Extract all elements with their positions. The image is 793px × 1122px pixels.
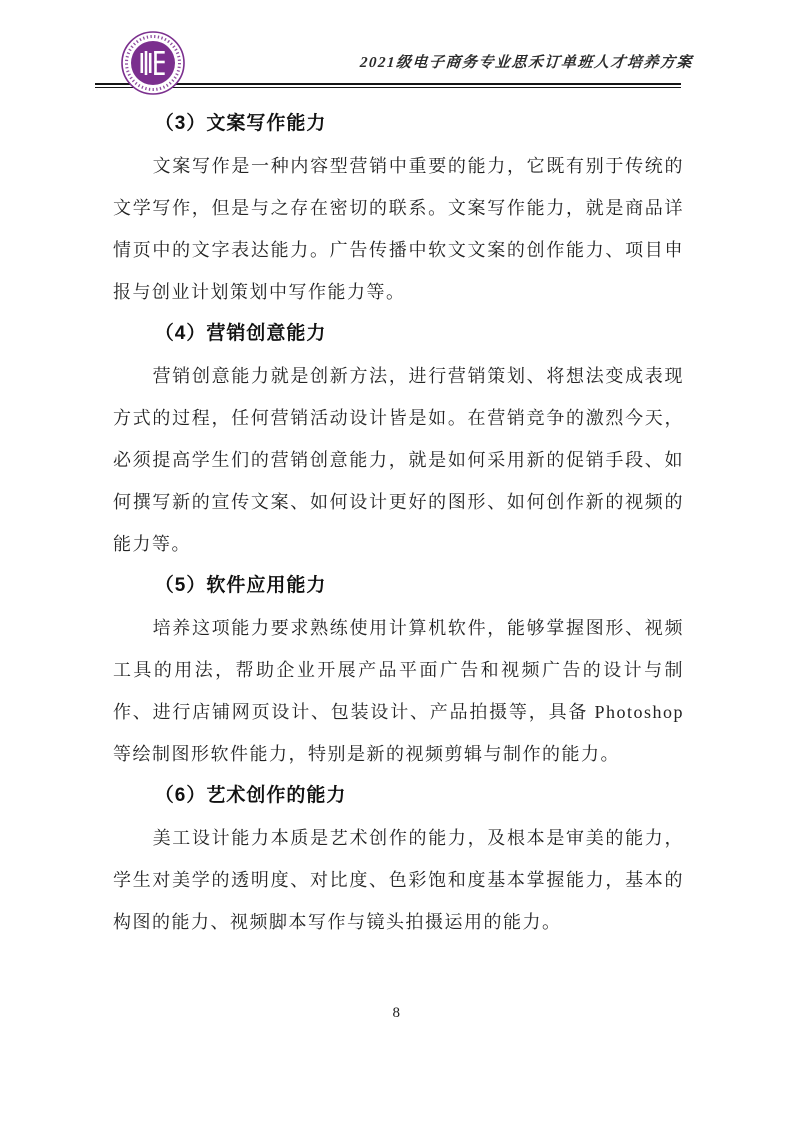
section-paragraph-6: 美工设计能力本质是艺术创作的能力，及根本是审美的能力，学生对美学的透明度、对比度… (113, 817, 684, 943)
college-seal-icon (120, 30, 186, 96)
section-heading-6: （6）艺术创作的能力 (113, 775, 684, 817)
header-title: 2021级电子商务专业思禾订单班人才培养方案 (359, 51, 693, 72)
section-heading-4: （4）营销创意能力 (113, 313, 684, 355)
section-paragraph-5: 培养这项能力要求熟练使用计算机软件，能够掌握图形、视频工具的用法，帮助企业开展产… (113, 607, 684, 775)
section-paragraph-4: 营销创意能力就是创新方法，进行营销策划、将想法变成表现方式的过程，任何营销活动设… (113, 355, 684, 565)
document-page: 2021级电子商务专业思禾订单班人才培养方案 （3）文案写作能力 文案写作是一种… (0, 0, 793, 1122)
section-paragraph-3: 文案写作是一种内容型营销中重要的能力，它既有别于传统的文学写作，但是与之存在密切… (113, 145, 684, 313)
document-body: （3）文案写作能力 文案写作是一种内容型营销中重要的能力，它既有别于传统的文学写… (113, 103, 684, 943)
page-number: 8 (0, 1005, 793, 1022)
college-seal-logo (120, 30, 186, 96)
section-heading-5: （5）软件应用能力 (113, 565, 684, 607)
section-heading-3: （3）文案写作能力 (113, 103, 684, 145)
